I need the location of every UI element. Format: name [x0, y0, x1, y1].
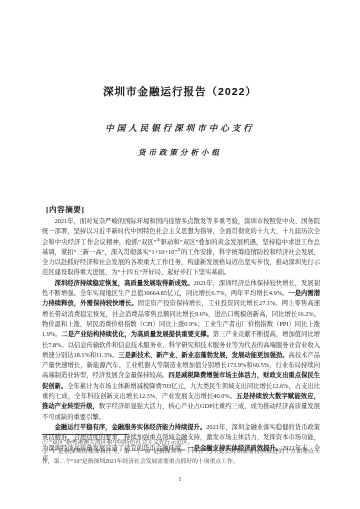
footnote-item: ① “双区”指粤港澳大湾区和中国特色社会主义先行示范区。	[42, 439, 320, 448]
abstract-body: 2021年，面对复杂严峻的国际环境和国内疫情多点散发等多重考验，深圳市按照党中央…	[42, 217, 320, 464]
abstract-paragraph: 深圳经济持续稳定恢复，高质量发展取得新成效。2021年，深圳经济总体保持较快增长…	[42, 279, 320, 423]
report-page: 深圳市金融运行报告（2022） 中国人民银行深圳市中心支行 货币政策分析小组 […	[0, 0, 360, 509]
abstract-heading: [内容摘要]	[46, 204, 84, 215]
page-number: 1	[0, 476, 360, 483]
bold-run: 深圳经济持续稳定恢复，高质量发展取得新成效。	[55, 280, 194, 287]
page-title: 深圳市金融运行报告（2022）	[0, 84, 360, 99]
organization-line: 中国人民银行深圳市中心支行	[0, 122, 360, 134]
footnote-item: ② “1”是指深圳的使命和任务，第一个“10”是指深圳在“十四五”乃至更长时期需…	[42, 448, 320, 467]
footnotes: ① “双区”指粤港澳大湾区和中国特色社会主义先行示范区。② “1”是指深圳的使命…	[42, 439, 320, 467]
bold-run: 二是产业结构持续优化，为高质量发展提供重要支撑。	[61, 331, 212, 338]
footnote-divider	[42, 434, 128, 435]
bold-run: 三是新技术、新产业、新业态蓬勃发展，发展动能更加强劲。	[118, 352, 288, 359]
bold-run: 金融运行平稳有序，金融服务实体经济能力持续提升。	[55, 424, 207, 431]
abstract-paragraph: 2021年，面对复杂严峻的国际环境和国内疫情多点散发等多重考验，深圳市按照党中央…	[42, 217, 320, 279]
team-line: 货币政策分析小组	[0, 147, 360, 158]
